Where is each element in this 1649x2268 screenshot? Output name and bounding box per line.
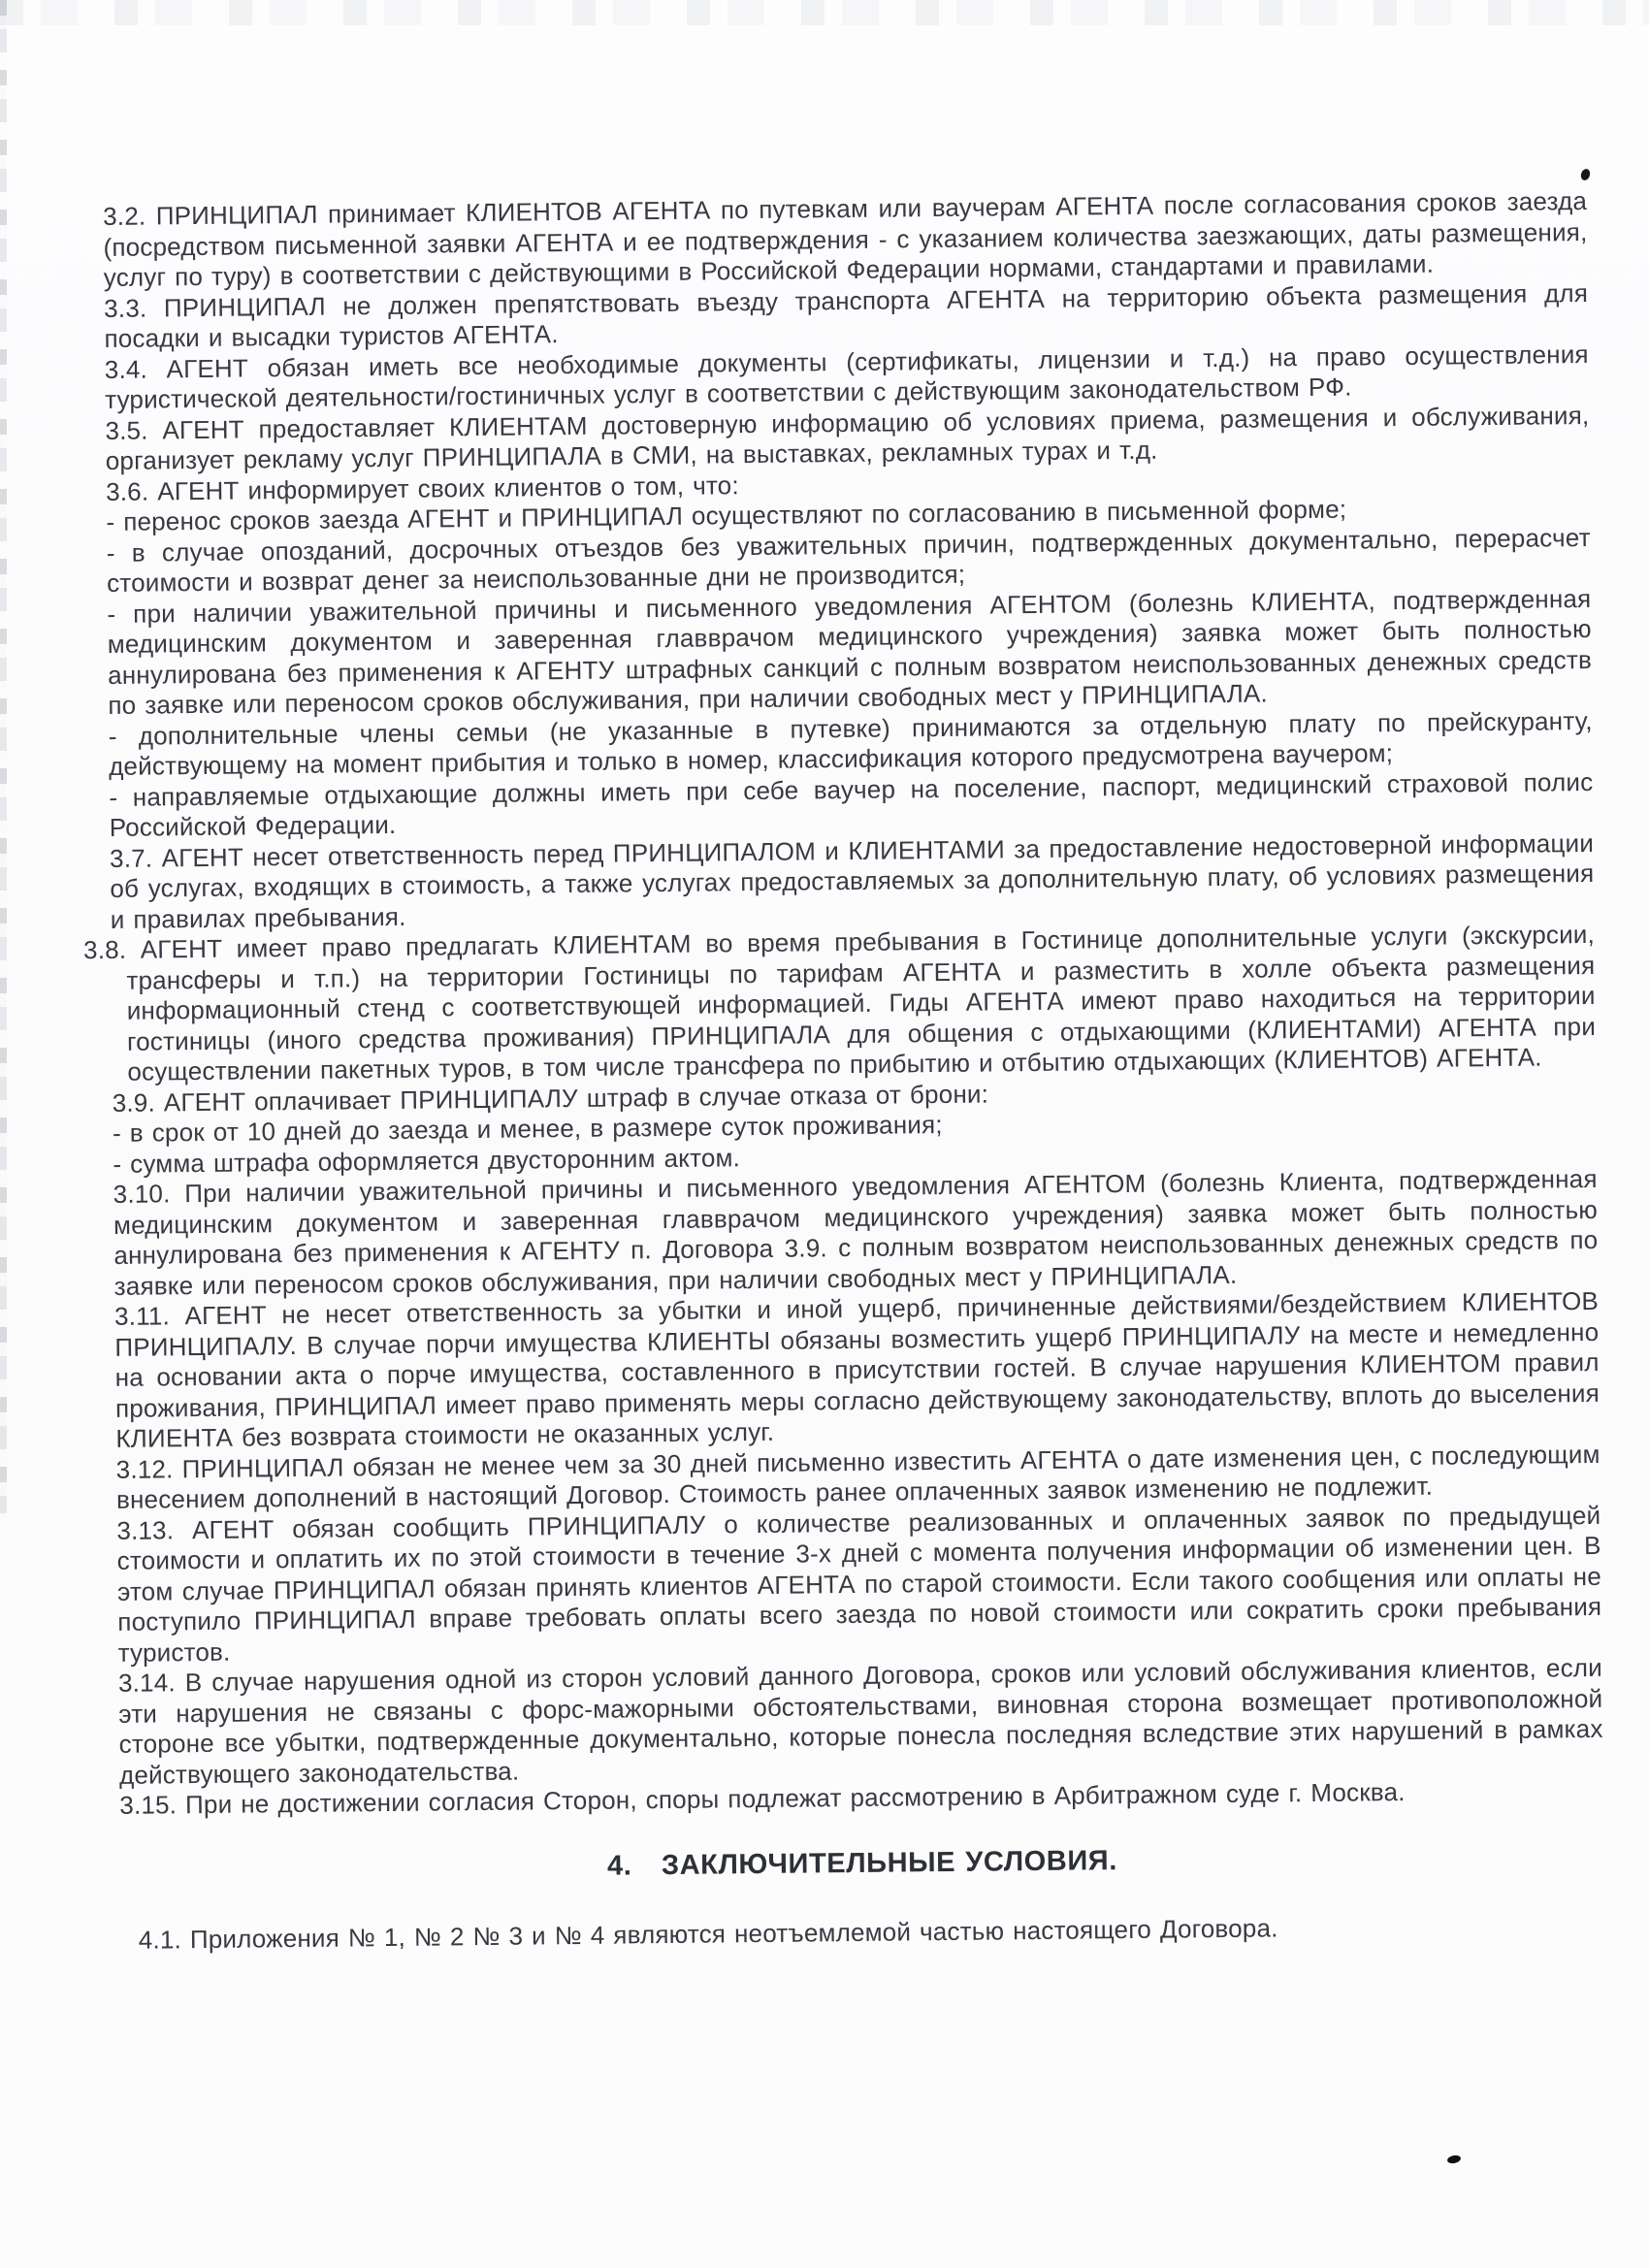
scan-edge-artifact-top <box>0 0 1649 25</box>
clause-3-8: 3.8. АГЕНТ имеет право предлагать КЛИЕНТ… <box>111 920 1597 1088</box>
clause-3-10: 3.10. При наличии уважительной причины и… <box>113 1164 1599 1302</box>
ink-speck-bottom-right <box>1446 2155 1461 2165</box>
clause-4-1: 4.1. Приложения № 1, № 2 № 3 и № 4 являю… <box>139 1910 1605 1956</box>
contract-body: 3.2. ПРИНЦИПАЛ принимает КЛИЕНТОВ АГЕНТА… <box>103 186 1605 1956</box>
ink-speck-top-right <box>1579 168 1591 181</box>
clause-3-6-item-3: - при наличии уважительной причины и пис… <box>107 583 1592 721</box>
clause-3-13: 3.13. АГЕНТ обязан сообщить ПРИНЦИПАЛУ о… <box>116 1500 1602 1669</box>
scan-edge-artifact-left <box>0 0 7 1513</box>
section-4-heading: 4. ЗАКЛЮЧИТЕЛЬНЫЕ УСЛОВИЯ. <box>120 1840 1604 1887</box>
clause-3-7: 3.7. АГЕНТ несет ответственность перед П… <box>110 827 1595 935</box>
clause-3-14: 3.14. В случае нарушения одной из сторон… <box>118 1653 1603 1791</box>
clause-3-11: 3.11. АГЕНТ не несет ответственность за … <box>114 1286 1600 1455</box>
scanned-contract-page: 3.2. ПРИНЦИПАЛ принимает КЛИЕНТОВ АГЕНТА… <box>0 0 1649 2268</box>
clause-3-2: 3.2. ПРИНЦИПАЛ принимает КЛИЕНТОВ АГЕНТА… <box>103 186 1588 294</box>
